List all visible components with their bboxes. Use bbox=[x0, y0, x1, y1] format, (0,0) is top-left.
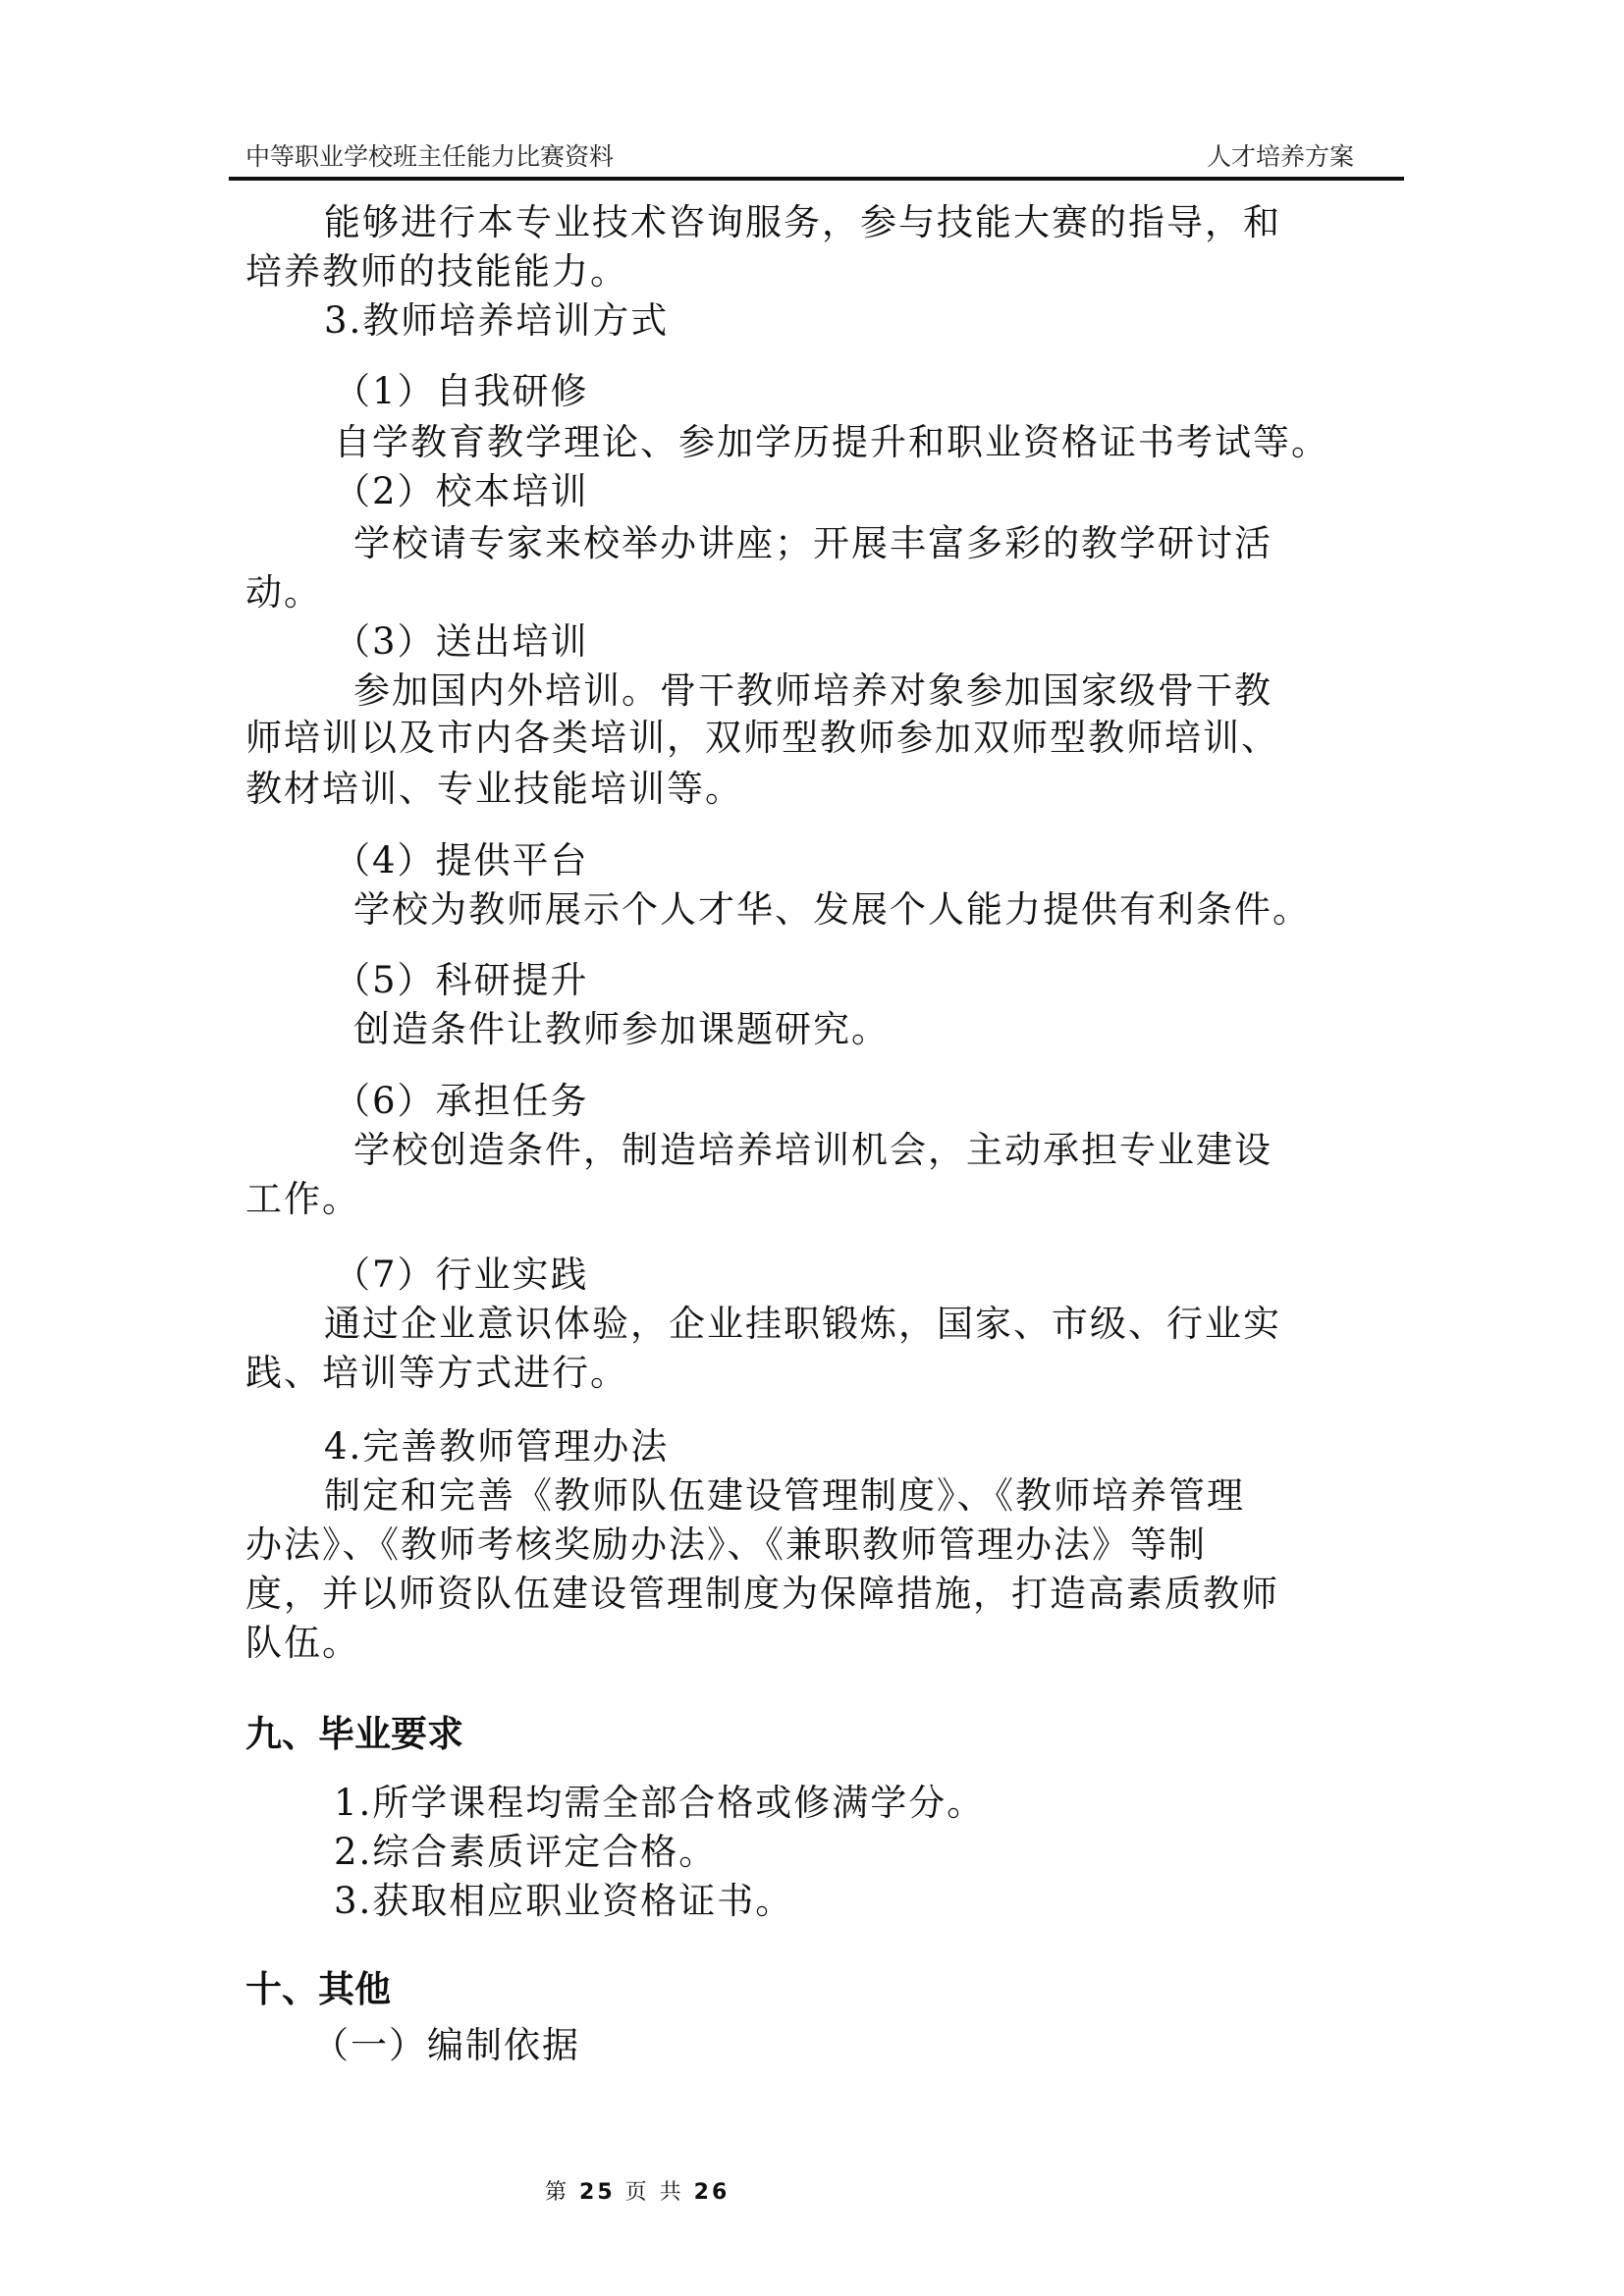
paragraph-line: 参加国内外培训。骨干教师培养对象参加国家级骨干教 bbox=[353, 672, 1272, 709]
subheading-teacher-training-methods: 3.教师培养培训方式 bbox=[324, 302, 669, 339]
item-heading-4: （4）提供平台 bbox=[334, 842, 589, 879]
subheading-teacher-management: 4.完善教师管理办法 bbox=[324, 1428, 669, 1465]
paragraph-line: 通过企业意识体验，企业挂职锻炼，国家、市级、行业实 bbox=[324, 1306, 1281, 1342]
paragraph-line: 度，并以师资队伍建设管理制度为保障措施，打造高素质教师 bbox=[245, 1575, 1279, 1612]
paragraph-line: 学校请专家来校举办讲座；开展丰富多彩的教学研讨活 bbox=[353, 525, 1272, 561]
paragraph-line: 制定和完善《教师队伍建设管理制度》、《教师培养管理 bbox=[324, 1477, 1245, 1514]
header-rule bbox=[229, 177, 1404, 181]
item-heading-1: （1）自我研修 bbox=[334, 373, 589, 409]
paragraph-line: 教材培训、专业技能培训等。 bbox=[245, 771, 743, 807]
footer-mid: 页 共 bbox=[625, 2180, 684, 2205]
item-heading-7: （7）行业实践 bbox=[334, 1256, 589, 1293]
item-heading-2: （2）校本培训 bbox=[334, 473, 589, 509]
footer-prefix: 第 bbox=[545, 2180, 569, 2205]
graduation-requirement: 2.综合素质评定合格。 bbox=[334, 1834, 717, 1870]
header-section-title: 人才培养方案 bbox=[1207, 137, 1354, 173]
paragraph-line: 动。 bbox=[245, 574, 322, 611]
header-doc-title: 中等职业学校班主任能力比赛资料 bbox=[245, 137, 614, 173]
paragraph-line: 培养教师的技能能力。 bbox=[245, 253, 628, 290]
item-heading-3: （3）送出培训 bbox=[334, 623, 589, 660]
item-heading-5: （5）科研提升 bbox=[334, 962, 589, 998]
section-heading-graduation: 九、毕业要求 bbox=[245, 1716, 463, 1752]
paragraph-line: 师培训以及市内各类培训，双师型教师参加双师型教师培训、 bbox=[245, 720, 1279, 756]
paragraph-line: 能够进行本专业技术咨询服务，参与技能大赛的指导，和 bbox=[324, 204, 1281, 240]
paragraph-line: 创造条件让教师参加课题研究。 bbox=[353, 1011, 890, 1047]
graduation-requirement: 1.所学课程均需全部合格或修满学分。 bbox=[334, 1785, 985, 1821]
paragraph-line: 践、培训等方式进行。 bbox=[245, 1355, 628, 1391]
paragraph-line: 自学教育教学理论、参加学历提升和职业资格证书考试等。 bbox=[334, 424, 1329, 460]
paragraph-line: 队伍。 bbox=[245, 1625, 360, 1661]
section-heading-other: 十、其他 bbox=[245, 1971, 391, 2007]
paragraph-line: 办法》、《教师考核奖励办法》、《兼职教师管理办法》等制 bbox=[245, 1526, 1207, 1563]
page-footer: 第 25 页 共 26 bbox=[545, 2175, 730, 2206]
paragraph-line: 工作。 bbox=[245, 1181, 360, 1217]
subheading-compilation-basis: （一）编制依据 bbox=[312, 2027, 580, 2063]
paragraph-line: 学校创造条件，制造培养培训机会，主动承担专业建设 bbox=[353, 1132, 1272, 1168]
page-number: 25 bbox=[579, 2180, 616, 2205]
graduation-requirement: 3.获取相应职业资格证书。 bbox=[334, 1883, 793, 1919]
item-heading-6: （6）承担任务 bbox=[334, 1083, 589, 1119]
page-total: 26 bbox=[694, 2180, 731, 2205]
paragraph-line: 学校为教师展示个人才华、发展个人能力提供有利条件。 bbox=[353, 891, 1311, 928]
